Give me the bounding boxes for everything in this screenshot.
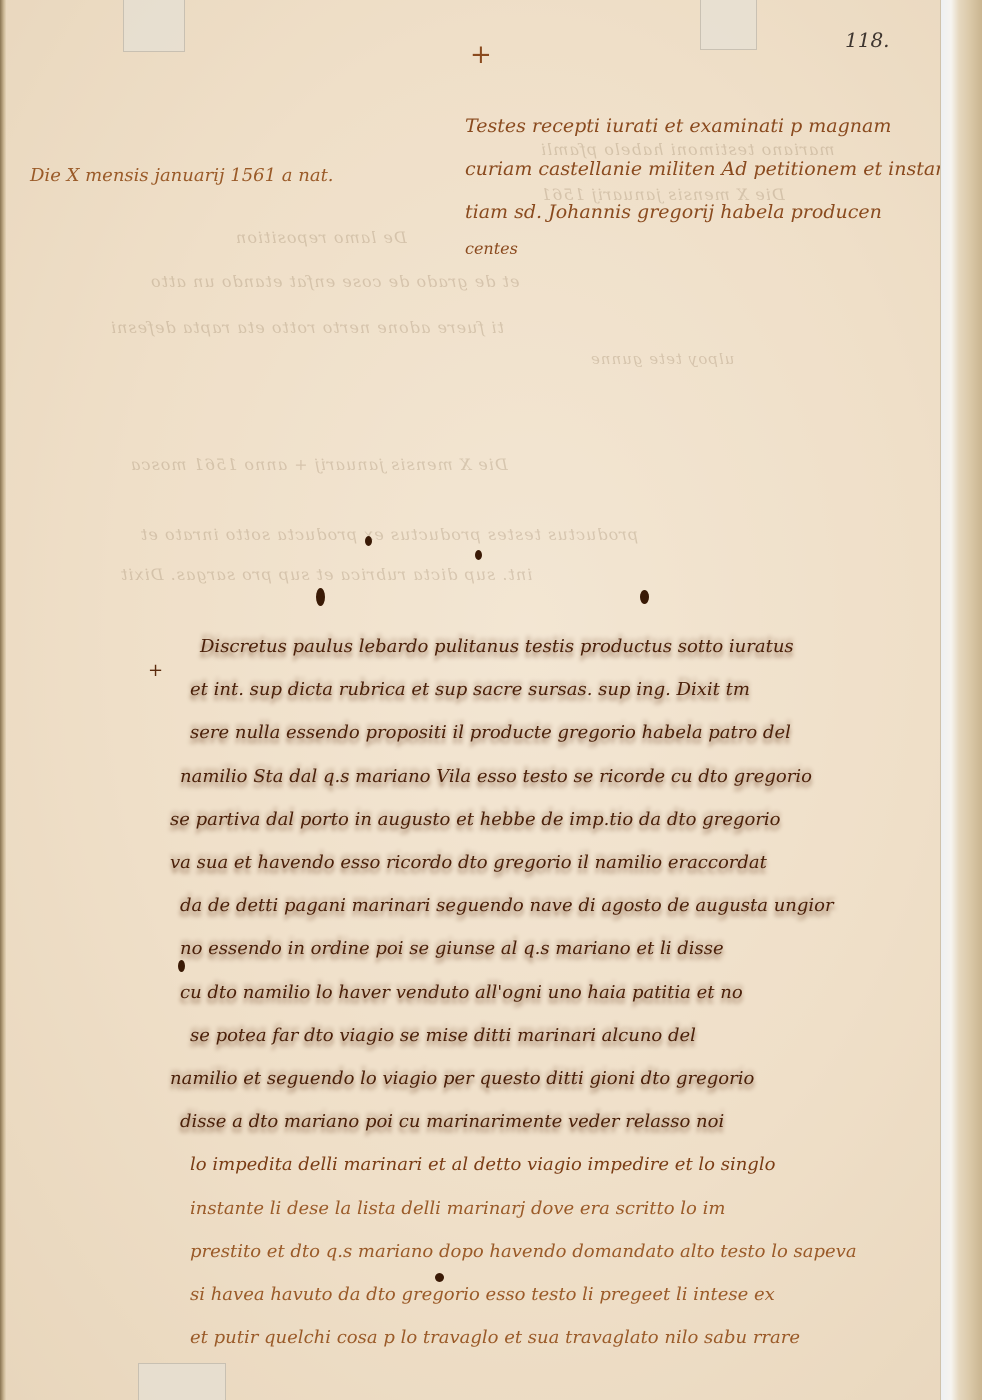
heading-block: Testes recepti iurati et examinati p mag… — [465, 105, 947, 264]
heading-line: curiam castellanie militen Ad petitionem… — [465, 148, 947, 191]
folio-number: 118. — [845, 28, 890, 52]
body-line: namilio Sta dal q.s mariano Vila esso te… — [180, 755, 910, 798]
mounting-tape-top-right — [700, 0, 757, 50]
date-line: Die X mensis januarij 1561 a nat. — [30, 165, 334, 186]
bleed-through-line: Die X mensis januarij + anno 1561 mosca — [130, 455, 508, 474]
body-line: et putir quelchi cosa p lo travaglo et s… — [190, 1316, 910, 1359]
body-line: no essendo in ordine poi se giunse al q.… — [180, 927, 910, 970]
margin-mark: + — [148, 660, 163, 681]
testimony-body: Discretus paulus lebardo pulitanus testi… — [200, 625, 910, 1359]
bleed-through-line: productus testes productus ex producta s… — [140, 525, 638, 544]
body-line: Discretus paulus lebardo pulitanus testi… — [200, 625, 910, 668]
body-line: se potea far dto viagio se mise ditti ma… — [190, 1014, 910, 1057]
body-line: lo impedita delli marinari et al detto v… — [190, 1143, 910, 1186]
body-line: et int. sup dicta rubrica et sup sacre s… — [190, 668, 910, 711]
body-line: sere nulla essendo propositi il producte… — [190, 711, 910, 754]
cross-mark: + — [470, 40, 492, 70]
bleed-through-line: De lamo reposition — [235, 228, 407, 247]
mounting-tape-top-left — [123, 0, 185, 52]
ink-blot — [316, 588, 325, 606]
mounting-tape-bottom — [138, 1363, 226, 1400]
bleed-through-line: et de grado de cose enfat etando un atto — [150, 272, 520, 291]
body-line: disse a dto mariano poi cu marinarimente… — [180, 1100, 910, 1143]
body-line: instante li dese la lista delli marinarj… — [190, 1187, 910, 1230]
heading-line: Testes recepti iurati et examinati p mag… — [465, 105, 947, 148]
body-line: namilio et seguendo lo viagio per questo… — [170, 1057, 910, 1100]
manuscript-scan: 118. + mariano testimoni habelo pfamli D… — [0, 0, 982, 1400]
ink-blot — [640, 590, 649, 604]
heading-line: centes — [465, 234, 947, 264]
bleed-through-line: ulpoy tete gunne — [590, 350, 734, 368]
ink-blot — [475, 550, 482, 560]
body-line: da de detti pagani marinari seguendo nav… — [180, 884, 910, 927]
body-line: se partiva dal porto in augusto et hebbe… — [170, 798, 910, 841]
body-line: cu dto namilio lo haver venduto all'ogni… — [180, 971, 910, 1014]
body-line: prestito et dto q.s mariano dopo havendo… — [190, 1230, 910, 1273]
binding-edge — [0, 0, 6, 1400]
manuscript-page: 118. + mariano testimoni habelo pfamli D… — [0, 0, 957, 1400]
ink-blot — [365, 536, 372, 546]
body-line: va sua et havendo esso ricordo dto grego… — [170, 841, 910, 884]
body-line: si havea havuto da dto gregorio esso tes… — [190, 1273, 910, 1316]
heading-line: tiam sd. Johannis gregorij habela produc… — [465, 191, 947, 234]
bleed-through-line: ti fuere adone nerto rotto eta rapta def… — [110, 318, 504, 337]
bleed-through-line: int. sup dicta rubrica et sup pro sargas… — [120, 565, 532, 584]
binding-guard-strip — [940, 0, 982, 1400]
